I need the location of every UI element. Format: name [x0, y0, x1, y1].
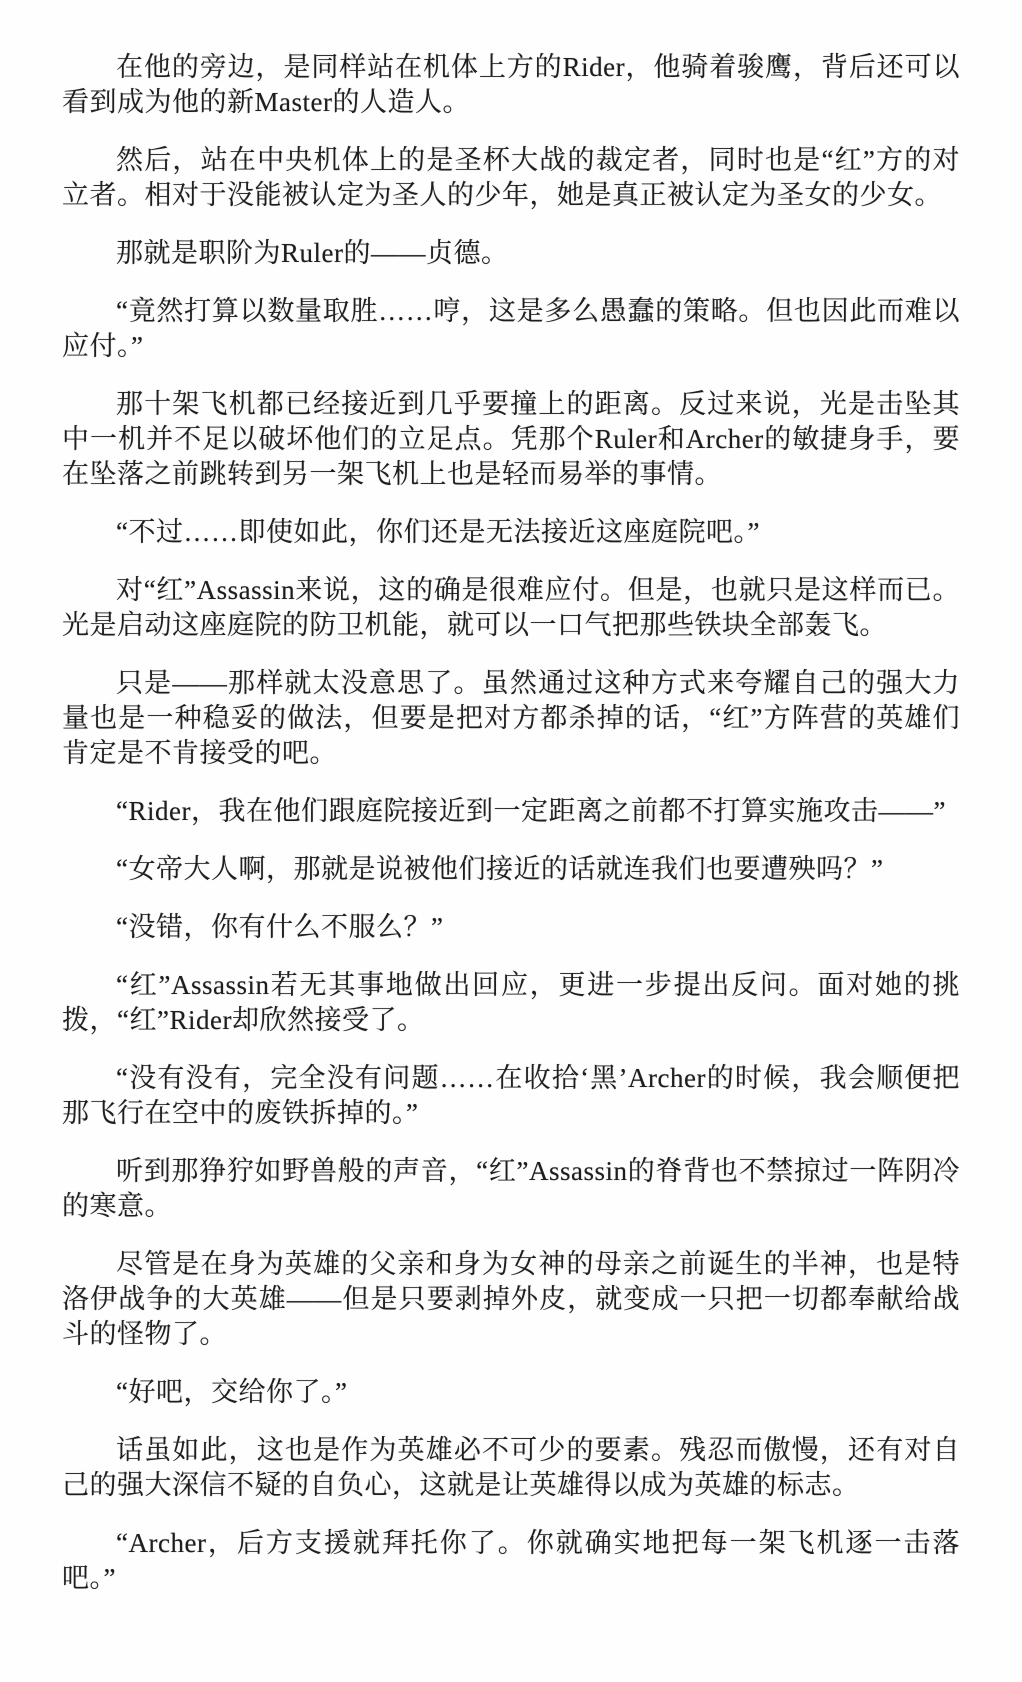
paragraph-dialogue-scrap-metal: “没有没有，完全没有问题……在收拾‘黑’Archer的时候，我会顺便把那飞行在空…: [62, 1061, 960, 1131]
paragraph-narration-jeanne: 那就是职阶为Ruler的——贞德。: [62, 236, 960, 271]
paragraph-dialogue-objection: “没错，你有什么不服么？”: [62, 910, 960, 945]
paragraph-dialogue-archer-support: “Archer，后方支援就拜托你了。你就确实地把每一架飞机逐一击落吧。”: [62, 1526, 960, 1596]
paragraph-narration-demigod: 尽管是在身为英雄的父亲和身为女神的母亲之前诞生的半神，也是特洛伊战争的大英雄——…: [62, 1247, 960, 1352]
paragraph-narration-hero-traits: 话虽如此，这也是作为英雄必不可少的要素。残忍而傲慢，还有对自己的强大深信不疑的自…: [62, 1433, 960, 1503]
paragraph-dialogue-strategy: “竟然打算以数量取胜……哼，这是多么愚蠢的策略。但也因此而难以应付。”: [62, 294, 960, 364]
paragraph-narration-assassin-defense: 对“红”Assassin来说，这的确是很难应付。但是，也就只是这样而已。光是启动…: [62, 573, 960, 643]
paragraph-narration-boring: 只是——那样就太没意思了。虽然通过这种方式来夸耀自己的强大力量也是一种稳妥的做法…: [62, 666, 960, 771]
paragraph-narration-chill: 听到那狰狞如野兽般的声音，“红”Assassin的脊背也不禁掠过一阵阴冷的寒意。: [62, 1154, 960, 1224]
paragraph-narration-planes: 那十架飞机都已经接近到几乎要撞上的距离。反过来说，光是击坠其中一机并不足以破坏他…: [62, 387, 960, 492]
paragraph-dialogue-empress: “女帝大人啊，那就是说被他们接近的话就连我们也要遭殃吗？”: [62, 852, 960, 887]
paragraph-narration-rider-accepts: “红”Assassin若无其事地做出回应，更进一步提出反问。面对她的挑拨，“红”…: [62, 968, 960, 1038]
novel-page: 在他的旁边，是同样站在机体上方的Rider，他骑着骏鹰，背后还可以看到成为他的新…: [0, 0, 1022, 1682]
paragraph-dialogue-no-attack: “Rider，我在他们跟庭院接近到一定距离之前都不打算实施攻击——”: [62, 794, 960, 829]
paragraph-dialogue-garden: “不过……即使如此，你们还是无法接近这座庭院吧。”: [62, 515, 960, 550]
paragraph-dialogue-leave-it: “好吧，交给你了。”: [62, 1375, 960, 1410]
paragraph-narration-ruler-intro: 然后，站在中央机体上的是圣杯大战的裁定者，同时也是“红”方的对立者。相对于没能被…: [62, 143, 960, 213]
paragraph-narration-rider-intro: 在他的旁边，是同样站在机体上方的Rider，他骑着骏鹰，背后还可以看到成为他的新…: [62, 50, 960, 120]
